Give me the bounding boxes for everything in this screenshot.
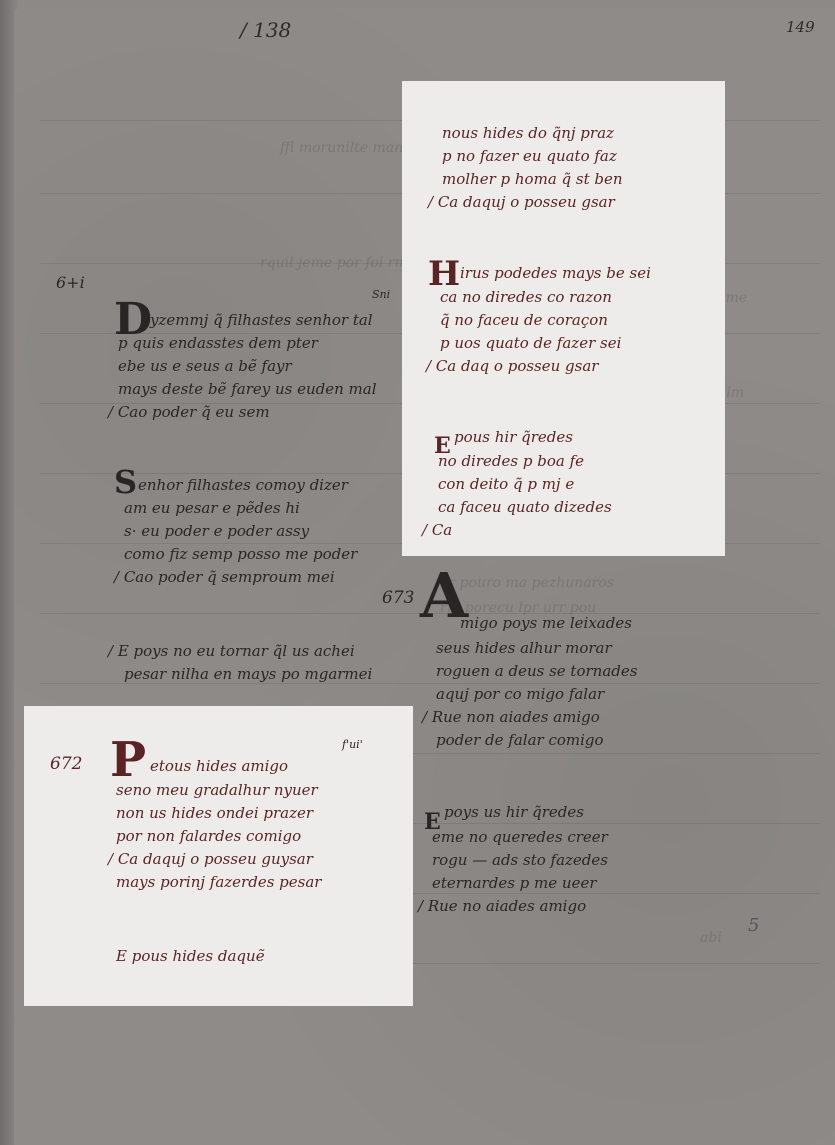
verse-line: eternardes p me ueer [432,872,608,895]
poem-672-tail: E pous hides daquẽ [116,945,265,968]
verse-line: ca no diredes co razon [440,286,621,309]
stanza-right-2-cont: ca no diredes co razon q̃ no faceu de co… [440,286,621,378]
verse-line: / Ca daquj o posseu gsar [428,191,623,214]
verse-line: poder de falar comigo [436,729,637,752]
verse-line: enhor filhastes comoy dizer [138,474,348,497]
verse-line: molher p homa q̃ st ben [442,168,623,191]
verse-line: ebe us e seus a bẽ fayr [118,355,377,378]
poem-number-672: 672 [50,754,82,774]
stanza-right-1: nous hides do q̃nj praz p no fazer eu qu… [442,122,623,214]
verse-line: pesar nilha en mays po mgarmei [124,663,372,686]
verse-line: / Cao poder q̃ eu sem [108,401,377,424]
verse-line: poys us hir q̃redes [444,801,584,824]
margin-annotation: f'ui' [342,738,363,751]
stanza-left-2-cont: am eu pesar e pẽdes hi s· eu poder e pod… [124,497,357,589]
verse-line: ca faceu quato dizedes [438,496,612,519]
stanza-left-3: / E poys no eu tornar q̃l us achei pesar… [108,640,372,686]
verse-line: por non falardes comigo [116,825,321,848]
verse-line: seus hides alhur morar [436,637,637,660]
verse-line: p uos quato de fazer sei [440,332,621,355]
poem-673-first-line: migo poys me leixades [460,612,632,635]
verse-line: / Ca daquj o posseu guysar [108,848,321,871]
verse-line: roguen a deus se tornades [436,660,637,683]
verse-line: non us hides ondei prazer [116,802,321,825]
margin-pencil-mark: 5 [748,915,759,936]
verse-line: no diredes p boa fe [438,450,612,473]
bleed-through-text: abi [700,930,722,946]
verse-line: aquj por co migo falar [436,683,637,706]
verse-line: / Cao poder q̃ semproum mei [114,566,357,589]
poem-672-first-line: etous hides amigo [150,755,288,778]
folio-prefix: / [240,18,247,42]
verse-line: / Rue no aiades amigo [418,895,608,918]
stanza-right-3-cont: no diredes p boa fe con deito q̃ p mj e … [438,450,612,542]
verse-line: pous hir q̃redes [454,426,573,449]
poem-number-673: 673 [382,588,414,608]
folio-number-left: / 138 [240,18,291,42]
verse-line: nous hides do q̃nj praz [442,122,623,145]
verse-line: p quis endasstes dem pter [118,332,377,355]
stanza-left-1-cont: p quis endasstes dem pter ebe us e seus … [118,332,377,424]
verse-line: como fiz semp posso me poder [124,543,357,566]
verse-line: mays deste bẽ farey us euden mal [118,378,377,401]
folio-number-right: 149 [786,18,815,36]
verse-line: q̃ no faceu de coraçon [440,309,621,332]
verse-line: etous hides amigo [150,755,288,778]
poem-672-lines: seno meu gradalhur nyuer non us hides on… [116,779,321,894]
folio-number: 138 [253,18,291,42]
verse-line: rogu — ads sto fazedes [432,849,608,872]
stanza-right-3: pous hir q̃redes [454,426,573,449]
verse-line: p no fazer eu quato faz [442,145,623,168]
verse-line: / Ca [422,519,612,542]
drop-cap-P: P [110,738,146,782]
verse-line: con deito q̃ p mj e [438,473,612,496]
verse-line: yzemmj q̃ filhastes senhor tal [150,309,373,332]
stanza-right-2: irus podedes mays be sei [460,262,651,285]
stanza-right-5: poys us hir q̃redes [444,801,584,824]
verse-line: seno meu gradalhur nyuer [116,779,321,802]
verse-line: E pous hides daquẽ [116,945,265,968]
verse-line: migo poys me leixades [460,612,632,635]
stanza-left-1: yzemmj q̃ filhastes senhor tal [150,309,373,332]
verse-line: am eu pesar e pẽdes hi [124,497,357,520]
verse-line: eme no queredes creer [432,826,608,849]
verse-line: / E poys no eu tornar q̃l us achei [108,640,372,663]
stanza-right-5-cont: eme no queredes creer rogu — ads sto faz… [432,826,608,918]
verse-line: mays porinj fazerdes pesar [116,871,321,894]
verse-line: / Ca daq o posseu gsar [426,355,621,378]
margin-mark: 6+i [56,273,85,292]
verse-line: s· eu poder e poder assy [124,520,357,543]
verse-line: irus podedes mays be sei [460,262,651,285]
margin-annotation: Sni [372,288,390,301]
verse-line: / Rue non aiades amigo [422,706,637,729]
stanza-left-2: enhor filhastes comoy dizer [138,474,348,497]
poem-673-lines: seus hides alhur morar roguen a deus se … [436,637,637,752]
